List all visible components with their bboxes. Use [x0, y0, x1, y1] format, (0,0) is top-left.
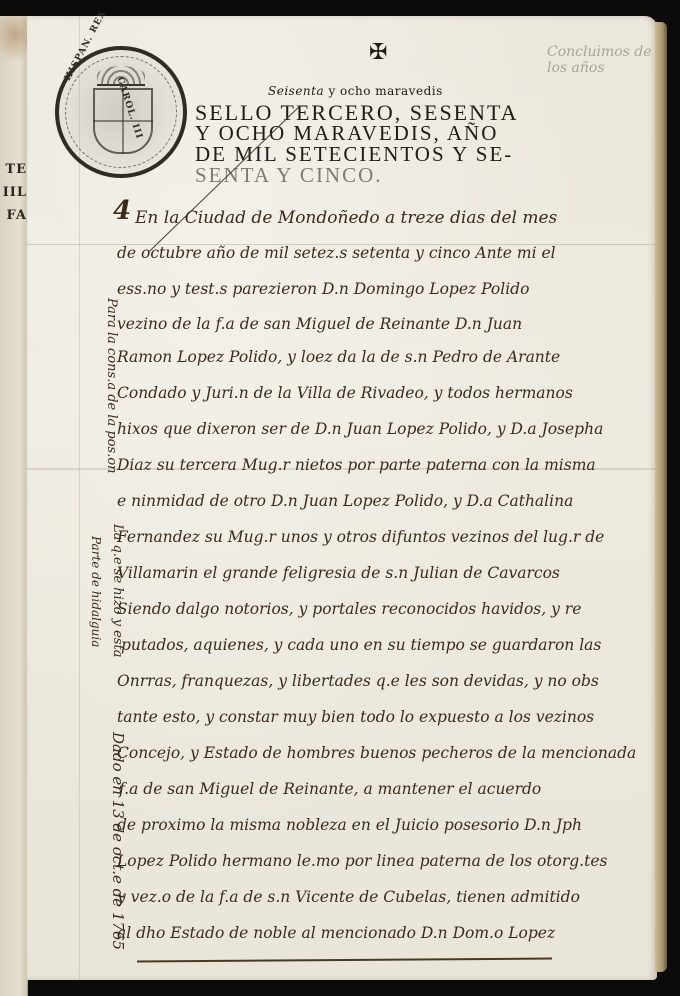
closing-rule-line — [137, 958, 552, 963]
manuscript-line: Fernandez su Mug.r unos y otros difuntos… — [117, 528, 604, 546]
manuscript-line: Diaz su tercera Mug.r nietos por parte p… — [117, 456, 596, 474]
manuscript-line: Villamarin el grande feligresia de s.n J… — [117, 564, 560, 582]
margin-note-lower: Parte de hidalguia — [89, 536, 103, 647]
manuscript-line: Siendo dalgo notorios, y portales recono… — [117, 600, 581, 618]
page-stack-edge — [655, 22, 667, 972]
manuscript-line: hixos que dixeron ser de D.n Juan Lopez … — [117, 420, 603, 438]
stamp-value-handwritten: Seisenta — [268, 84, 324, 98]
manuscript-line: de octubre año de mil setez.s setenta y … — [117, 244, 556, 262]
manuscript-line: Ramon Lopez Polido, y loez da la de s.n … — [117, 348, 560, 366]
manuscript-line: y vez.o de la f.a de s.n Vicente de Cube… — [117, 888, 580, 906]
manuscript-line: Onrras, franquezas, y libertades q.e les… — [117, 672, 599, 690]
adjacent-page-text-fragment: TE IIL FA — [0, 158, 27, 227]
margin-note-upper: Para la cons.a de la pos.on — [104, 298, 119, 474]
crown-icon — [97, 66, 145, 86]
manuscript-line: e ninmidad de otro D.n Juan Lopez Polido… — [117, 492, 573, 510]
manuscript-line: Condado y Juri.n de la Villa de Rivadeo,… — [117, 384, 573, 402]
manuscript-line: ess.no y test.s parezieron D.n Domingo L… — [117, 280, 529, 298]
bleed-through-text: Concluimos de los años — [547, 44, 657, 76]
stamp-value-line: Seisenta y ocho maravedis — [268, 84, 443, 98]
margin-note-date: Dado en 13 de oct.e de 1765 — [109, 732, 127, 950]
manuscript-line: tante esto, y constar muy bien todo lo e… — [117, 708, 594, 726]
adjacent-page-edge: TE IIL FA — [0, 16, 28, 996]
manuscript-line: putados, aquienes, y cada uno en su tiem… — [121, 636, 601, 654]
manuscript-line: de proximo la misma nobleza en el Juicio… — [117, 816, 582, 834]
manuscript-line: f.a de san Miguel de Reinante, a mantene… — [119, 780, 541, 798]
coat-of-arms-shield-icon — [93, 88, 153, 154]
manuscript-sheet: HISPAN. REX CAROL. III ✠ Concluimos de l… — [27, 16, 657, 980]
sello-tercero-heading: SELLO TERCERO, SESENTA Y OCHO MARAVEDIS,… — [195, 102, 585, 186]
manuscript-line: Concejo, y Estado de hombres buenos pech… — [117, 744, 636, 762]
stamp-value-printed: y ocho maravedis — [328, 84, 442, 98]
manuscript-line: vezino de la f.a de san Miguel de Reinan… — [117, 315, 522, 333]
folio-number: 4 — [113, 196, 131, 226]
cross-icon: ✠ — [369, 40, 387, 65]
manuscript-line: al dho Estado de noble al mencionado D.n… — [117, 924, 555, 942]
manuscript-line: Lopez Polido hermano le.mo por linea pat… — [117, 852, 607, 870]
royal-seal-stamp: HISPAN. REX CAROL. III — [55, 46, 187, 178]
margin-note-lower: La q.e se hizo y esta — [110, 524, 125, 657]
manuscript-line: En la Ciudad de Mondoñedo a treze dias d… — [135, 208, 557, 228]
